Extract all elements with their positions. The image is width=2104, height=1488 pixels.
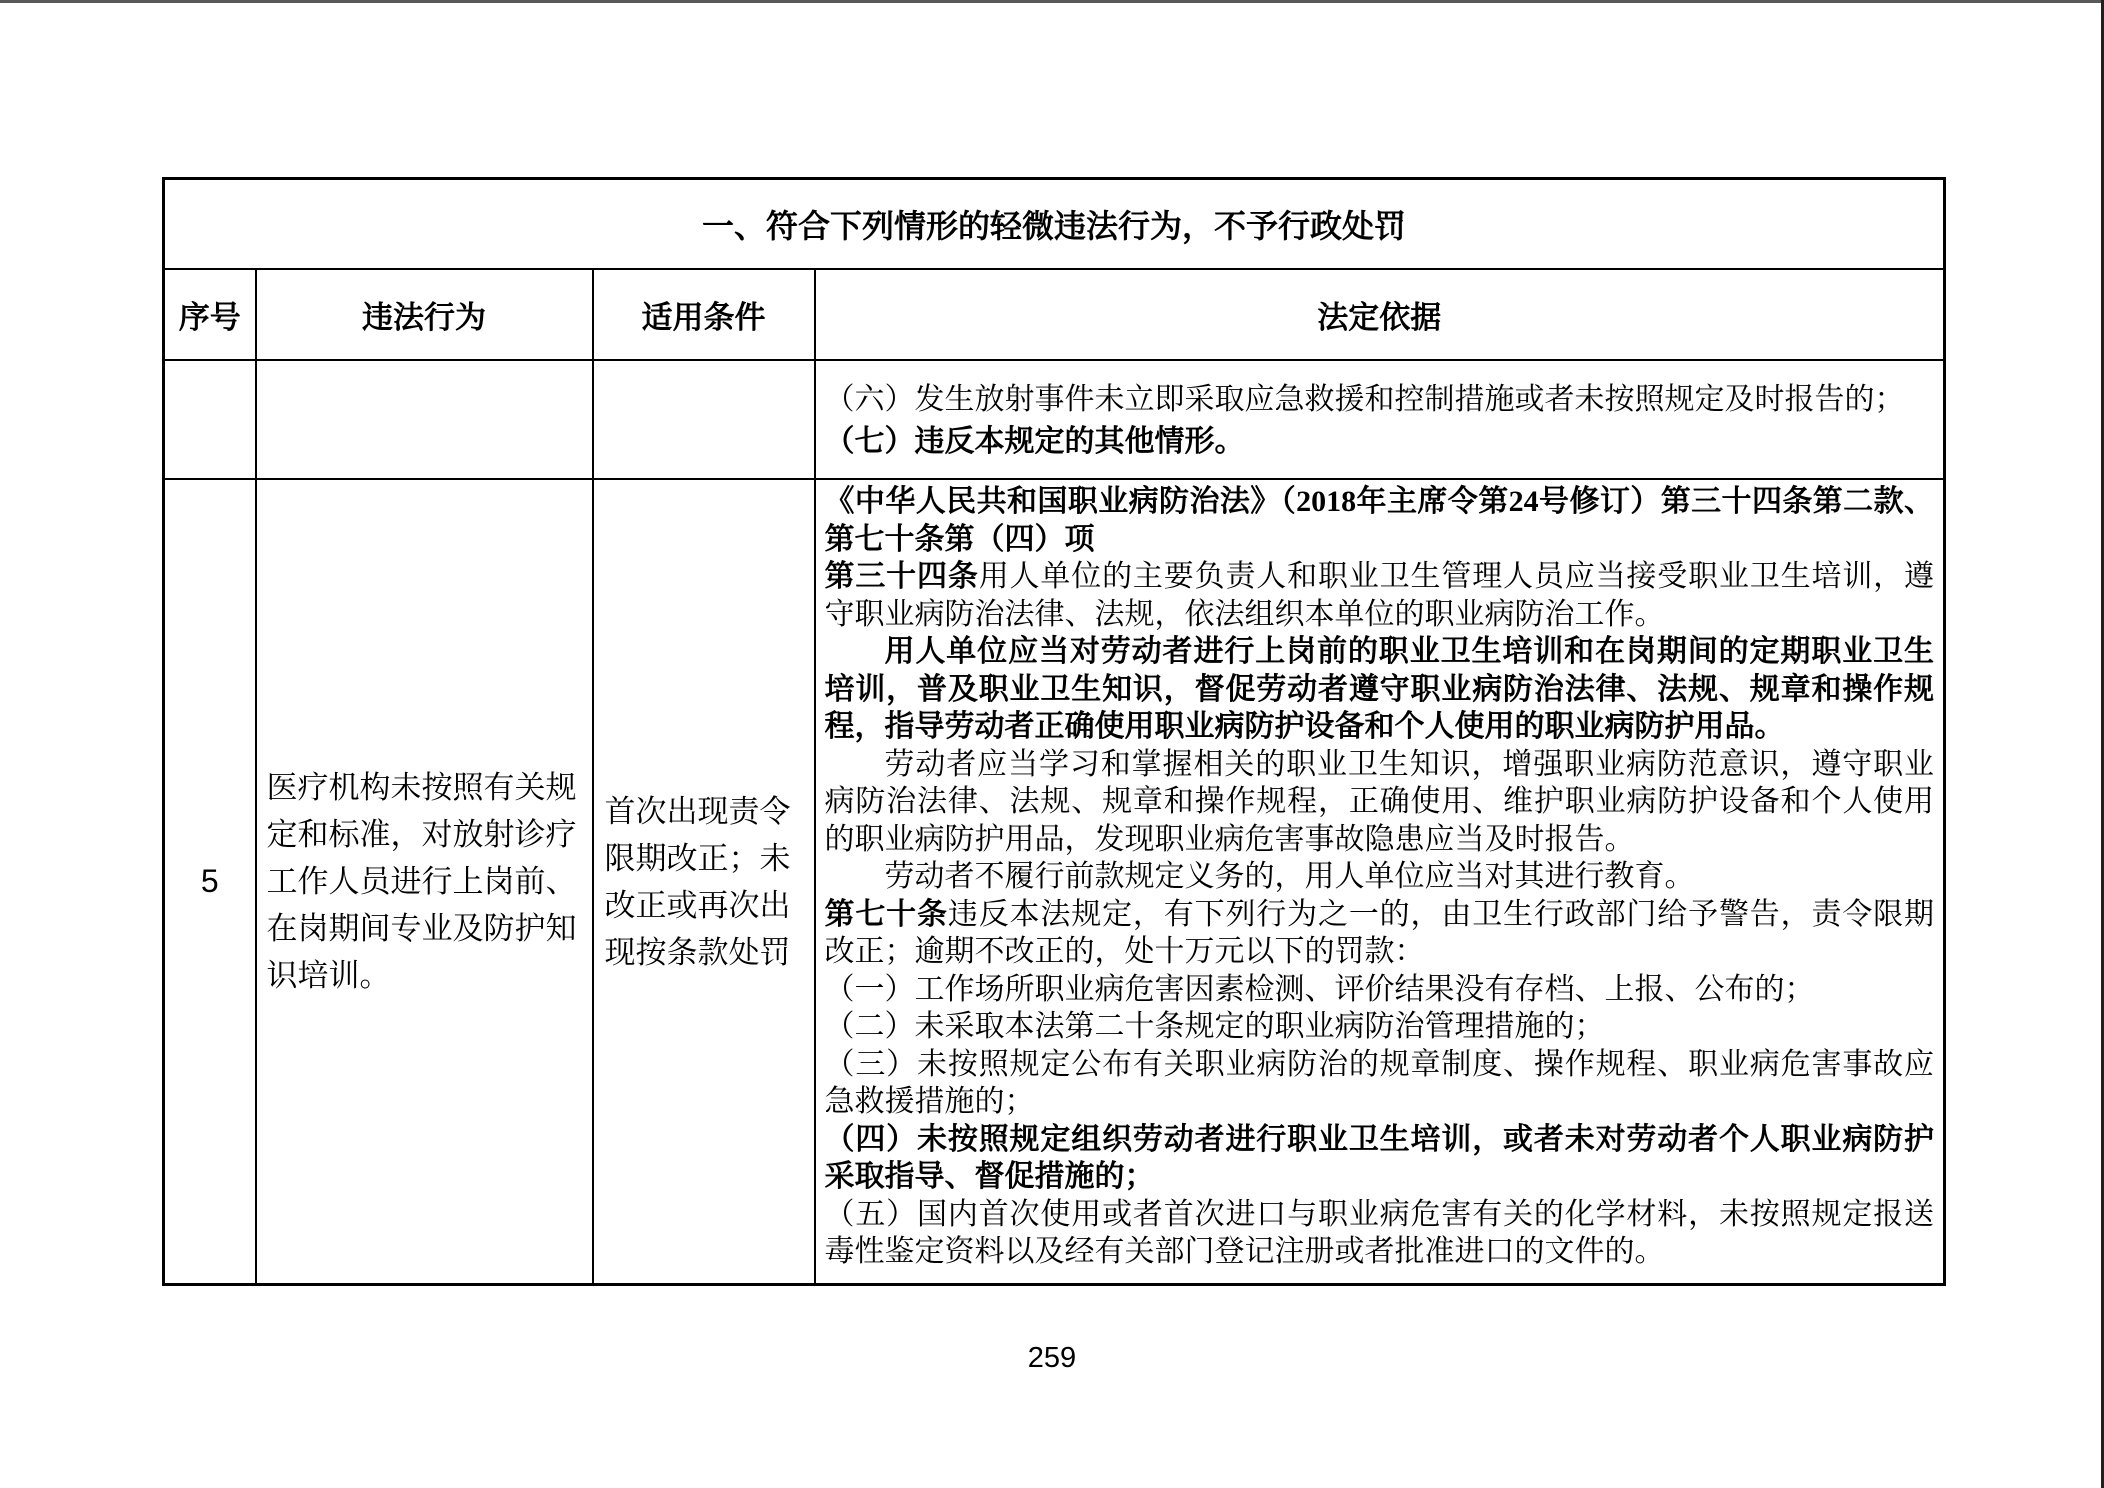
minor-violation-exemption-table: 一、符合下列情形的轻微违法行为，不予行政处罚 序号 违法行为 适用条件 法定依据… — [162, 177, 1946, 1286]
violation-cell: 医疗机构未按照有关规定和标准，对放射诊疗工作人员进行上岗前、在岗期间专业及防护知… — [256, 479, 593, 1285]
table-row-5: 5 医疗机构未按照有关规定和标准，对放射诊疗工作人员进行上岗前、在岗期间专业及防… — [164, 479, 1945, 1285]
legal-paragraph: （一）工作场所职业病危害因素检测、评价结果没有存档、上报、公布的； — [825, 971, 1935, 1009]
column-header-seq: 序号 — [164, 269, 256, 360]
seq-cell — [164, 360, 256, 479]
legal-paragraph: 第三十四条用人单位的主要负责人和职业卫生管理人员应当接受职业卫生培训，遵守职业病… — [825, 558, 1935, 633]
legal-paragraph: 用人单位应当对劳动者进行上岗前的职业卫生培训和在岗期间的定期职业卫生培训，普及职… — [825, 633, 1935, 746]
table-title: 一、符合下列情形的轻微违法行为，不予行政处罚 — [164, 179, 1945, 270]
violation-cell — [256, 360, 593, 479]
seq-cell: 5 — [164, 479, 256, 1285]
legal-basis-cell: （六）发生放射事件未立即采取应急救援和控制措施或者未按照规定及时报告的；（七）违… — [815, 360, 1945, 479]
table-row-continued: （六）发生放射事件未立即采取应急救援和控制措施或者未按照规定及时报告的；（七）违… — [164, 360, 1945, 479]
table-header-row: 序号 违法行为 适用条件 法定依据 — [164, 269, 1945, 360]
table-title-row: 一、符合下列情形的轻微违法行为，不予行政处罚 — [164, 179, 1945, 270]
article-number: 第三十四条 — [825, 560, 979, 593]
legal-paragraph: 劳动者不履行前款规定义务的，用人单位应当对其进行教育。 — [825, 858, 1935, 896]
legal-paragraph: （四）未按照规定组织劳动者进行职业卫生培训，或者未对劳动者个人职业病防护采取指导… — [825, 1121, 1935, 1196]
condition-cell — [593, 360, 815, 479]
column-header-violation: 违法行为 — [256, 269, 593, 360]
legal-paragraph: 《中华人民共和国职业病防治法》（2018年主席令第24号修订）第三十四条第二款、… — [825, 483, 1935, 558]
page-number: 259 — [0, 1342, 2104, 1375]
legal-paragraph: （三）未按照规定公布有关职业病防治的规章制度、操作规程、职业病危害事故应急救援措… — [825, 1046, 1935, 1121]
legal-basis-cell: 《中华人民共和国职业病防治法》（2018年主席令第24号修订）第三十四条第二款、… — [815, 479, 1945, 1285]
legal-paragraph: 第七十条违反本法规定，有下列行为之一的，由卫生行政部门给予警告，责令限期改正；逾… — [825, 896, 1935, 971]
page-top-edge-line — [0, 0, 2104, 3]
column-header-condition: 适用条件 — [593, 269, 815, 360]
condition-cell: 首次出现责令限期改正；未改正或再次出现按条款处罚 — [593, 479, 815, 1285]
legal-paragraph: （二）未采取本法第二十条规定的职业病防治管理措施的； — [825, 1008, 1935, 1046]
legal-paragraph: （六）发生放射事件未立即采取应急救援和控制措施或者未按照规定及时报告的； — [825, 379, 1935, 421]
legal-paragraph: （五）国内首次使用或者首次进口与职业病危害有关的化学材料，未按照规定报送毒性鉴定… — [825, 1196, 1935, 1271]
legal-paragraph: （七）违反本规定的其他情形。 — [825, 421, 1935, 463]
column-header-legal-basis: 法定依据 — [815, 269, 1945, 360]
article-number: 第七十条 — [825, 898, 948, 931]
legal-paragraph: 劳动者应当学习和掌握相关的职业卫生知识，增强职业病防范意识，遵守职业病防治法律、… — [825, 746, 1935, 859]
